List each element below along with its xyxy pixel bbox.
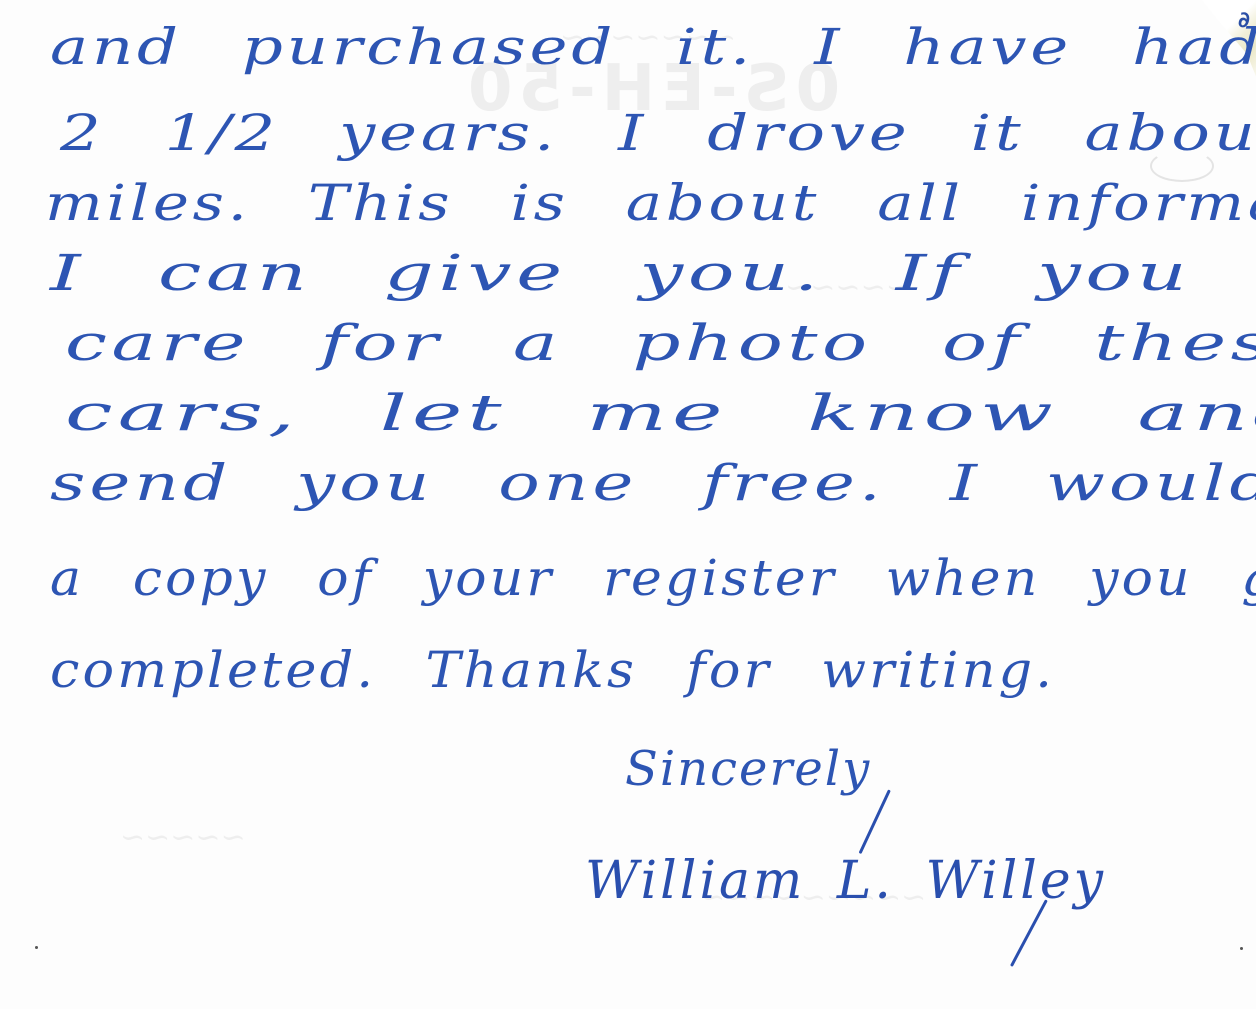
letter-line-9: completed. Thanks for writing. — [50, 645, 1055, 695]
letter-line-7: send you one free. I would like — [50, 458, 1256, 508]
letter-line-6: cars, let me know and I'll — [65, 388, 1256, 438]
letter-line-3: miles. This is about all information — [45, 178, 1256, 228]
ink-speck — [35, 946, 38, 949]
letter-line-5: care for a photo of these two — [65, 318, 1256, 368]
signature: William L. Willey — [585, 855, 1106, 907]
letter-line-2: 2 1/2 years. I drove it about 600 — [60, 108, 1256, 158]
scanned-letter-page: 0S-EH-50 ~~~~~~~ ~~~~~~ ~~~~~~~~~ ~~~~~ … — [0, 0, 1256, 1009]
letter-line-8: a copy of your register when you get it — [50, 553, 1256, 603]
ink-speck — [1240, 947, 1243, 950]
letter-line-1: and purchased it. I have had it for — [50, 22, 1256, 72]
bleed-through-text: ~~~~~ — [120, 820, 246, 855]
letter-line-4: I can give you. If you would — [50, 248, 1256, 298]
ink-speck — [1170, 408, 1173, 411]
closing-flourish — [859, 789, 891, 854]
letter-closing: Sincerely — [625, 745, 871, 793]
